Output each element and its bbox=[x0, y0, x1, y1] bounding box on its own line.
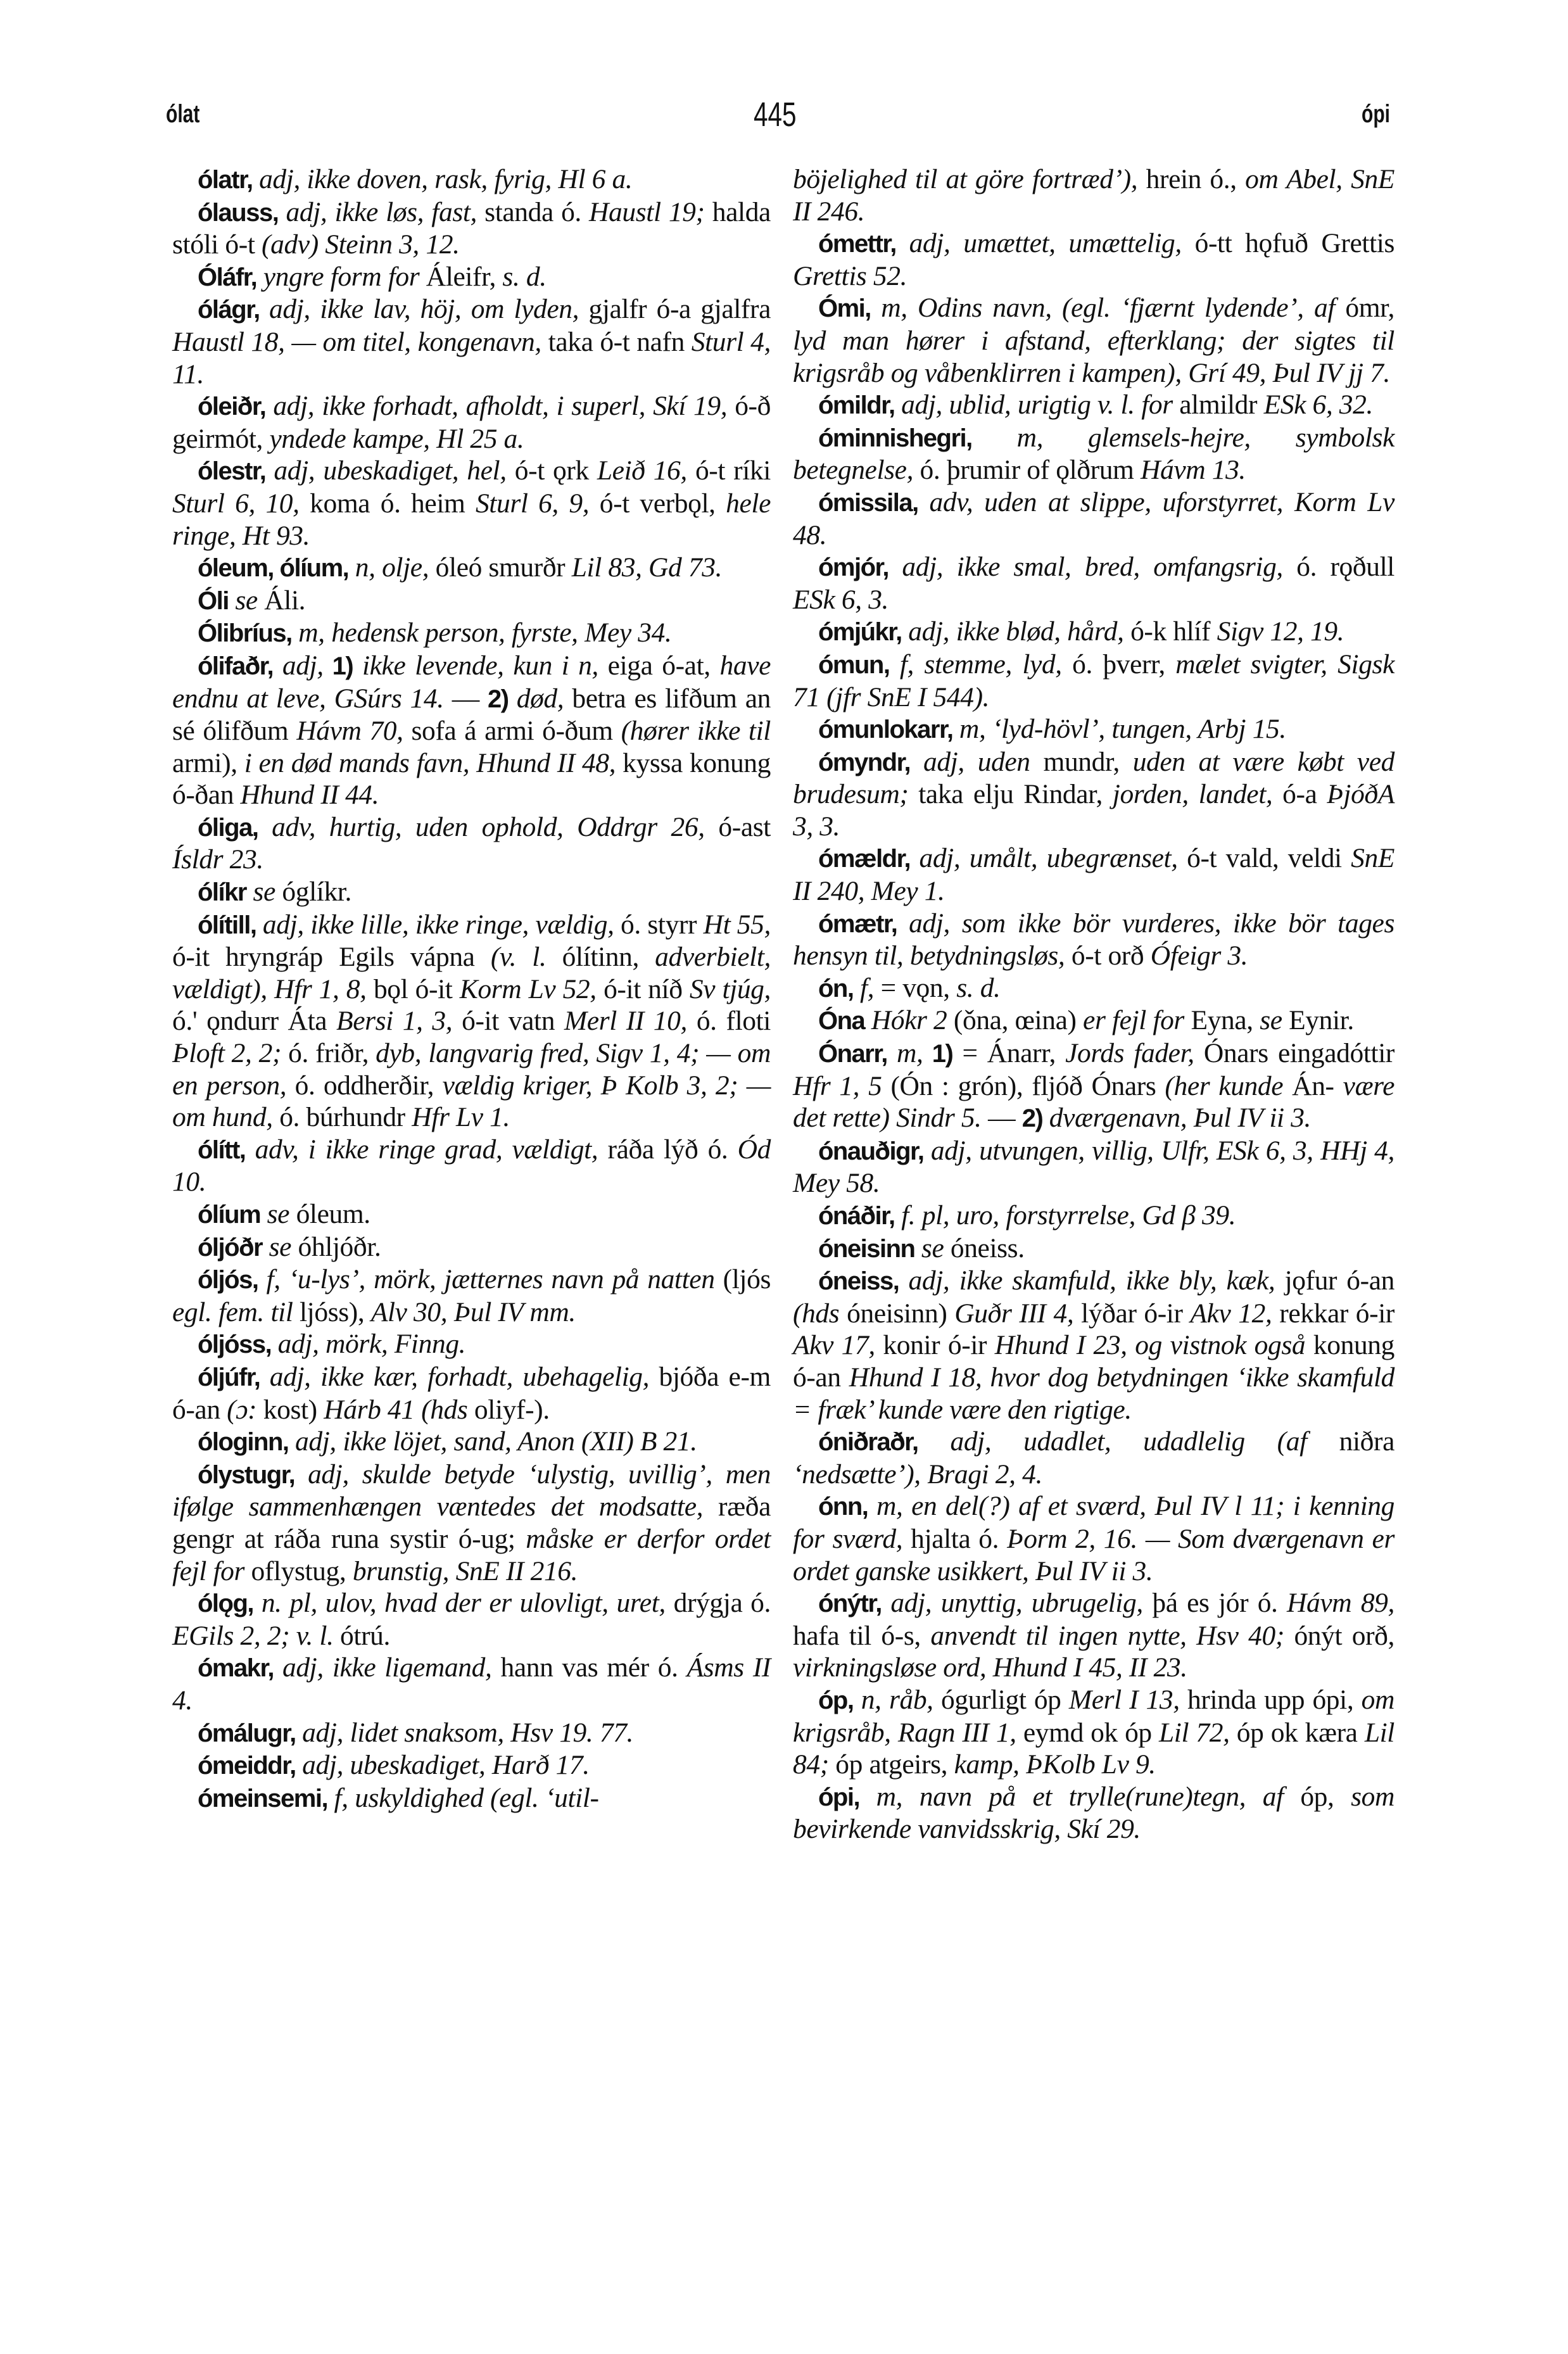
dictionary-entry: ómætr, adj, som ikke bör vurderes, ikke … bbox=[793, 908, 1394, 972]
gloss-text: Lil 72, bbox=[1159, 1718, 1230, 1748]
gloss-text: Ófeigr 3. bbox=[1151, 940, 1248, 971]
dictionary-entry: ómálugr, adj, lidet snaksom, Hsv 19. 77. bbox=[172, 1717, 771, 1750]
citation-text: eiga ó-at, bbox=[598, 650, 720, 681]
headword: ómakr, bbox=[198, 1654, 274, 1682]
citation-text: armi), bbox=[172, 748, 244, 778]
headword: ónáðir, bbox=[818, 1202, 895, 1230]
gloss-text: Ht 55, bbox=[704, 909, 771, 940]
headword: 2) bbox=[488, 685, 509, 713]
gloss-text: er fejl for bbox=[1083, 1005, 1184, 1035]
dictionary-entry: ómun, f, stemme, lyd, ó. þverr, mælet sv… bbox=[793, 649, 1394, 713]
citation-text: ó-it níð bbox=[597, 974, 690, 1004]
citation-text: oflystug, bbox=[244, 1556, 353, 1586]
gloss-text: adj, mörk, Finng. bbox=[271, 1329, 465, 1359]
headword: Óli bbox=[198, 587, 229, 615]
headword: Ónarr, bbox=[818, 1040, 887, 1068]
dictionary-entry: ómyndr, adj, uden mundr, uden at være kø… bbox=[793, 746, 1394, 843]
citation-text: þá es jór ó. bbox=[1143, 1588, 1287, 1618]
headword: ólatr, bbox=[198, 166, 253, 194]
dictionary-entry: Óna Hókr 2 (ǒna, œina) er fejl for Eyna,… bbox=[793, 1004, 1394, 1037]
dictionary-page: ólat 445 ópi ólatr, adj, ikke doven, ras… bbox=[0, 0, 1568, 2354]
left-guide-word: ólat bbox=[166, 100, 199, 129]
citation-text: ó-t vald, veldi bbox=[1178, 843, 1351, 873]
right-column: böjelighed til at göre fortræd’), hrein … bbox=[793, 163, 1394, 1845]
dictionary-entry: ómjór, adj, ikke smal, bred, omfangsrig,… bbox=[793, 551, 1394, 616]
gloss-text: Sturl 6, 9, bbox=[476, 488, 589, 519]
citation-text: ó. búrhundr bbox=[273, 1102, 412, 1132]
dictionary-entry: óljúfr, adj, ikke kær, forhadt, ubehagel… bbox=[172, 1361, 771, 1426]
gloss-text: Korm Lv 52, bbox=[460, 974, 597, 1004]
citation-text: kost) bbox=[256, 1395, 324, 1425]
citation-text: óglíkr. bbox=[275, 876, 351, 907]
citation-text: ó-k hlíf bbox=[1124, 616, 1217, 647]
gloss-text: adj, ikke lav, höj, om lyden, bbox=[260, 294, 579, 324]
headword: ólíkr bbox=[198, 878, 246, 906]
dictionary-entry: ólǫg, n. pl, ulov, hvad der er ulovligt,… bbox=[172, 1587, 771, 1652]
citation-text: (ǒna, œina) bbox=[947, 1005, 1083, 1035]
headword: ólíum bbox=[198, 1201, 260, 1229]
citation-text: Áli. bbox=[258, 585, 305, 616]
citation-text: hann vas mér ó. bbox=[491, 1652, 686, 1683]
citation-text: ljóss), bbox=[293, 1297, 371, 1327]
dictionary-entry: ólatr, adj, ikke doven, rask, fyrig, Hl … bbox=[172, 163, 771, 196]
gloss-text: m, ‘lyd-hövl’, tungen, Arbj 15. bbox=[952, 714, 1286, 744]
citation-text: hjalta ó. bbox=[902, 1524, 1007, 1554]
headword: óminnishegri, bbox=[818, 424, 972, 452]
citation-text: drýgja ó. bbox=[666, 1588, 771, 1618]
gloss-text: yndede kampe, Hl 25 a. bbox=[269, 424, 524, 454]
headword: óleiðr, bbox=[198, 393, 265, 421]
gloss-text: Sigv 12, 19. bbox=[1217, 616, 1344, 647]
gloss-text: Sv tjúg, bbox=[690, 974, 771, 1004]
gloss-text: adv, hurtig, uden ophold, Oddrgr 26, bbox=[258, 812, 704, 842]
dictionary-entry: óliga, adv, hurtig, uden ophold, Oddrgr … bbox=[172, 811, 771, 876]
headword: ómeiddr, bbox=[198, 1752, 296, 1780]
citation-text: ó. friðr, bbox=[281, 1038, 376, 1068]
gloss-text: Hhund I 23, og vistnok også bbox=[995, 1330, 1306, 1360]
dictionary-entry: ólystugr, adj, skulde betyde ‘ulystig, u… bbox=[172, 1459, 771, 1587]
citation-text: óp ok kæra bbox=[1230, 1718, 1365, 1748]
gloss-text: böjelighed til at göre fortræd’), bbox=[793, 164, 1137, 194]
citation-text: ó-a bbox=[1272, 779, 1327, 809]
gloss-text: EGils 2, 2; v. l. bbox=[172, 1621, 334, 1651]
citation-text: ó-t ǫrk bbox=[507, 455, 597, 486]
gloss-text: brunstig, SnE II 216. bbox=[353, 1556, 578, 1586]
gloss-text: Hávm 89, bbox=[1287, 1588, 1394, 1618]
citation-text: óneisinn) bbox=[839, 1298, 954, 1329]
headword: ómjór, bbox=[818, 554, 888, 581]
dictionary-entry: ólauss, adj, ikke løs, fast, standa ó. H… bbox=[172, 196, 771, 261]
gloss-text: m, hedensk person, fyrste, Mey 34. bbox=[292, 617, 672, 648]
citation-text: (ljós bbox=[715, 1264, 771, 1294]
dictionary-entry: ólítt, adv, i ikke ringe grad, vældigt, … bbox=[172, 1134, 771, 1198]
dictionary-entry: Ómi, m, Odins navn, (egl. ‘fjærnt lydend… bbox=[793, 292, 1394, 389]
gloss-text: f, bbox=[853, 973, 874, 1003]
citation-text: ó-tt hǫfuð Grettis bbox=[1182, 228, 1394, 258]
gloss-text: Hfr 1, 5 bbox=[793, 1071, 882, 1101]
gloss-text: adj, ikke ligemand, bbox=[274, 1652, 492, 1683]
citation-text: (Ón : grón), fljóð Ónars bbox=[882, 1071, 1165, 1101]
gloss-text: (adv) Steinn 3, 12. bbox=[262, 229, 460, 260]
gloss-text: Bersi 1, 3, bbox=[336, 1006, 452, 1036]
gloss-text: ‘nedsætte’), Bragi 2, 4. bbox=[793, 1459, 1042, 1490]
citation-text: ráða lýð ó. bbox=[598, 1134, 737, 1165]
gloss-text: adj, lidet snaksom, Hsv 19. 77. bbox=[296, 1718, 633, 1748]
citation-text: ó. þverr, bbox=[1062, 649, 1176, 680]
dictionary-entry: Óli se Áli. bbox=[172, 585, 771, 617]
gloss-text: Hávm 70, bbox=[296, 716, 403, 746]
dictionary-entry: óljóss, adj, mörk, Finng. bbox=[172, 1328, 771, 1361]
gloss-text: m, Odins navn, (egl. ‘fjærnt lydende’, a… bbox=[871, 293, 1335, 323]
gloss-text: adj, ikke löjet, sand, Anon (XII) B 21. bbox=[289, 1426, 697, 1457]
headword: ómun, bbox=[818, 651, 889, 679]
citation-text: ó. þrumir of ǫlðrum bbox=[913, 455, 1141, 485]
citation-text: Ónars eingadóttir bbox=[1194, 1038, 1394, 1068]
dictionary-entry: ópi, m, navn på et trylle(rune)tegn, af … bbox=[793, 1781, 1394, 1845]
citation-text: Eyna, bbox=[1184, 1005, 1260, 1035]
gloss-text: adj, ubeskadiget, hel, bbox=[265, 455, 506, 486]
gloss-text: død, bbox=[509, 683, 564, 714]
headword: óljóss, bbox=[198, 1331, 271, 1358]
dictionary-entry: óneisinn se óneiss. bbox=[793, 1232, 1394, 1265]
headword: ómyndr, bbox=[818, 749, 910, 776]
headword: ólágr, bbox=[198, 296, 260, 324]
citation-text: ó. styrr bbox=[614, 909, 704, 940]
gloss-text: f, stemme, lyd, bbox=[889, 649, 1061, 680]
citation-text: niðra bbox=[1307, 1426, 1394, 1457]
dictionary-entry: óljóðr se óhljóðr. bbox=[172, 1231, 771, 1264]
gloss-text: egl. fem. til bbox=[172, 1297, 293, 1327]
citation-text: rekkar ó-ir bbox=[1272, 1298, 1394, 1329]
dictionary-entry: óloginn, adj, ikke löjet, sand, Anon (XI… bbox=[172, 1426, 771, 1459]
gloss-text: Alv 30, Þul IV mm. bbox=[371, 1297, 576, 1327]
gloss-text: Lil 83, Gd 73. bbox=[572, 552, 722, 583]
citation-text: ó. oddherðir, bbox=[286, 1070, 442, 1101]
headword: Óna bbox=[818, 1007, 864, 1035]
gloss-text: f, uskyldighed (egl. ‘util- bbox=[327, 1783, 599, 1813]
gloss-text: Merl I 13, bbox=[1069, 1685, 1180, 1715]
citation-text: ótrú. bbox=[334, 1621, 390, 1651]
gloss-text: adj, udadlet, udadlelig (af bbox=[918, 1426, 1307, 1457]
dictionary-entry: óneiss, adj, ikke skamfuld, ikke bly, kæ… bbox=[793, 1265, 1394, 1426]
dictionary-entry: ómakr, adj, ikke ligemand, hann vas mér … bbox=[172, 1652, 771, 1716]
gloss-text: se bbox=[262, 1232, 291, 1262]
gloss-text: adj, ubeskadiget, Harð 17. bbox=[296, 1750, 590, 1780]
gloss-text: Hárb 41 (hds bbox=[324, 1395, 467, 1425]
gloss-text: Guðr III 4, bbox=[954, 1298, 1073, 1329]
gloss-text: Hókr 2 bbox=[864, 1005, 947, 1035]
citation-text: sofa á armi ó-ðum bbox=[403, 716, 621, 746]
citation-text: — bbox=[444, 683, 488, 714]
gloss-text: adj, ikke lille, ikke ringe, vældig, bbox=[256, 909, 614, 940]
dictionary-entry: ómældr, adj, umålt, ubegrænset, ó-t vald… bbox=[793, 842, 1394, 907]
gloss-text: (her kunde bbox=[1165, 1071, 1283, 1101]
headword: ónýtr, bbox=[818, 1590, 882, 1617]
dictionary-entry: ónáðir, f. pl, uro, forstyrrelse, Gd β 3… bbox=[793, 1199, 1394, 1232]
dictionary-entry: Ólibríus, m, hedensk person, fyrste, Mey… bbox=[172, 617, 771, 650]
dictionary-entry: ón, f, = vǫn, s. d. bbox=[793, 972, 1394, 1005]
headword: Óláfr, bbox=[198, 263, 256, 291]
citation-text: jǫfur ó-an bbox=[1275, 1265, 1394, 1296]
gloss-text: (hører ikke til bbox=[621, 716, 771, 746]
dictionary-entry: ólágr, adj, ikke lav, höj, om lyden, gja… bbox=[172, 293, 771, 390]
citation-text: ó-it vatn bbox=[452, 1006, 564, 1036]
gloss-text: Þloft 2, 2; bbox=[172, 1038, 281, 1068]
page-number: 445 bbox=[754, 95, 797, 134]
citation-text: taka elju Rindar, bbox=[908, 779, 1112, 809]
left-column: ólatr, adj, ikke doven, rask, fyrig, Hl … bbox=[172, 163, 771, 1814]
dictionary-entry: óleiðr, adj, ikke forhadt, afholdt, i su… bbox=[172, 390, 771, 455]
gloss-text: Akv 17, bbox=[793, 1330, 875, 1360]
headword: óneiss, bbox=[818, 1267, 899, 1295]
headword: ómjúkr, bbox=[818, 618, 902, 646]
headword: ómálugr, bbox=[198, 1719, 296, 1747]
gloss-text: Akv 12, bbox=[1190, 1298, 1272, 1329]
gloss-text: f. pl, uro, forstyrrelse, Gd β 39. bbox=[895, 1200, 1236, 1231]
headword: óp, bbox=[818, 1686, 853, 1714]
gloss-text: se bbox=[260, 1199, 289, 1229]
headword: ólauss, bbox=[198, 199, 278, 227]
dictionary-entry: ólíkr se óglíkr. bbox=[172, 876, 771, 909]
gloss-text: n. pl, ulov, hvad der er ulovligt, uret, bbox=[253, 1588, 666, 1618]
citation-text: ó. floti bbox=[687, 1006, 771, 1036]
gloss-text: s. d. bbox=[956, 973, 1000, 1003]
gloss-text: Hávm 13. bbox=[1141, 455, 1246, 485]
gloss-text: adj, ikke skamfuld, ikke bly, kæk, bbox=[899, 1265, 1275, 1296]
dictionary-entry: óljós, f, ‘u-lys’, mörk, jætternes navn … bbox=[172, 1263, 771, 1328]
headword: ómeinsemi, bbox=[198, 1785, 327, 1813]
citation-text: hafa til ó-s, bbox=[793, 1621, 930, 1651]
gloss-text: (v. l. bbox=[491, 942, 547, 972]
citation-text: óleum. bbox=[289, 1199, 370, 1229]
citation-text: bǫl ó-it bbox=[367, 974, 460, 1004]
citation-text: óleó smurðr bbox=[429, 552, 572, 583]
dictionary-entry: ólítill, adj, ikke lille, ikke ringe, væ… bbox=[172, 909, 771, 1134]
citation-text: eymd ok óp bbox=[1016, 1718, 1159, 1748]
right-guide-word: ópi bbox=[1362, 100, 1390, 129]
headword: ólystugr, bbox=[198, 1461, 294, 1489]
dictionary-entry: Óláfr, yngre form for Áleifr, s. d. bbox=[172, 261, 771, 294]
gloss-text: (hds bbox=[793, 1298, 839, 1329]
citation-text: — bbox=[982, 1103, 1022, 1133]
gloss-text: f, ‘u-lys’, mörk, jætternes navn på natt… bbox=[258, 1264, 714, 1294]
citation-text: Áleifr, bbox=[419, 262, 502, 292]
dictionary-entry: ónn, m, en del(?) af et sværd, Þul IV l … bbox=[793, 1490, 1394, 1587]
dictionary-entry: óminnishegri, m, glemsels-hejre, symbols… bbox=[793, 422, 1394, 486]
headword: ón, bbox=[818, 975, 853, 1003]
running-head: ólat 445 ópi bbox=[0, 95, 1568, 146]
gloss-text: Hhund II 44. bbox=[241, 780, 379, 810]
dictionary-entry: ómissila, adv, uden at slippe, uforstyrr… bbox=[793, 486, 1394, 551]
dictionary-entry: ómeinsemi, f, uskyldighed (egl. ‘util- bbox=[172, 1782, 771, 1815]
gloss-text: s. d. bbox=[502, 262, 546, 292]
headword: ónauðigr, bbox=[818, 1137, 924, 1165]
headword: ónn, bbox=[818, 1493, 868, 1521]
gloss-text: adj, uden bbox=[910, 747, 1030, 777]
gloss-text: se bbox=[1260, 1005, 1282, 1035]
gloss-text: Jords fader, bbox=[1065, 1038, 1194, 1068]
headword: ómætr, bbox=[818, 910, 897, 938]
gloss-text: kamp, ÞKolb Lv 9. bbox=[954, 1749, 1156, 1780]
headword: ópi, bbox=[818, 1783, 859, 1811]
headword: ómildr, bbox=[818, 391, 895, 419]
gloss-text: n, råb, bbox=[853, 1685, 933, 1715]
citation-text: hrinda upp ópi, bbox=[1180, 1685, 1362, 1715]
dictionary-entry: ónýtr, adj, unyttig, ubrugelig, þá es jó… bbox=[793, 1587, 1394, 1684]
citation-text: ógurligt óp bbox=[933, 1685, 1069, 1715]
citation-text: óneiss. bbox=[944, 1233, 1024, 1263]
dictionary-entry: ónauðigr, adj, utvungen, villig, Ulfr, E… bbox=[793, 1135, 1394, 1199]
dictionary-entry: ómildr, adj, ublid, urigtig v. l. for al… bbox=[793, 389, 1394, 422]
headword: óneisinn bbox=[818, 1235, 914, 1263]
gloss-text: Sturl 6, 10, bbox=[172, 488, 300, 519]
dictionary-entry: ómjúkr, adj, ikke blød, hård, ó-k hlíf S… bbox=[793, 616, 1394, 649]
headword: ómissila, bbox=[818, 489, 918, 517]
headword: ómældr, bbox=[818, 845, 910, 873]
gloss-text: adj, ikke løs, fast, bbox=[278, 197, 477, 227]
citation-text: konir ó-ir bbox=[875, 1330, 995, 1360]
gloss-text: Haustl 18, — om titel, kongenavn, bbox=[172, 327, 541, 357]
headword: óleum, ólíum, bbox=[198, 554, 348, 582]
headword: 2) bbox=[1022, 1104, 1043, 1132]
gloss-text: ESk 6, 3. bbox=[793, 585, 888, 615]
citation-text: ómr, bbox=[1335, 293, 1394, 323]
gloss-text: adv, i ikke ringe grad, vældigt, bbox=[245, 1134, 598, 1165]
dictionary-entry: ólíum se óleum. bbox=[172, 1198, 771, 1231]
gloss-text: Ísldr 23. bbox=[172, 844, 263, 875]
gloss-text: adj, bbox=[273, 650, 324, 681]
gloss-text: ESk 6, 32. bbox=[1264, 389, 1373, 420]
gloss-text: Grettis 52. bbox=[793, 261, 907, 291]
gloss-text: i en død mands favn, Hhund II 48, bbox=[244, 748, 616, 778]
gloss-text: se bbox=[246, 876, 275, 907]
dictionary-entry: Ónarr, m, 1) = Ánarr, Jords fader, Ónars… bbox=[793, 1037, 1394, 1135]
citation-text: ólítinn, bbox=[546, 942, 655, 972]
citation-text: hrein ó., bbox=[1137, 164, 1245, 194]
dictionary-entry: ólestr, adj, ubeskadiget, hel, ó-t ǫrk L… bbox=[172, 455, 771, 552]
dictionary-entry: óleum, ólíum, n, olje, óleó smurðr Lil 8… bbox=[172, 552, 771, 585]
citation-text: ó-t verbǫl, bbox=[589, 488, 726, 519]
citation-text: ó-it hryngráp Egils vápna bbox=[172, 942, 491, 972]
gloss-text: adj, ikke forhadt, afholdt, i superl, Sk… bbox=[265, 391, 727, 421]
citation-text: óp atgeirs, bbox=[829, 1749, 954, 1780]
gloss-text: anvendt til ingen nytte, Hsv 40; bbox=[930, 1621, 1284, 1651]
citation-text: = vǫn, bbox=[874, 973, 956, 1003]
headword: ómunlokarr, bbox=[818, 716, 952, 744]
citation-text: almildr bbox=[1173, 389, 1264, 420]
headword: óljúfr, bbox=[198, 1364, 260, 1391]
gloss-text: n, olje, bbox=[348, 552, 429, 583]
headword: óloginn, bbox=[198, 1428, 289, 1456]
citation-text: ónýt orð, bbox=[1284, 1621, 1394, 1651]
headword: óljós, bbox=[198, 1266, 258, 1294]
dictionary-entry: óp, n, råb, ógurligt óp Merl I 13, hrind… bbox=[793, 1684, 1394, 1781]
citation-text: = Ánarr, bbox=[952, 1038, 1065, 1068]
dictionary-entry: böjelighed til at göre fortræd’), hrein … bbox=[793, 163, 1394, 227]
citation-text: koma ó. heim bbox=[300, 488, 476, 519]
headword: 1) bbox=[923, 1040, 952, 1068]
gloss-text: adj, ikke doven, rask, fyrig, Hl 6 a. bbox=[253, 164, 633, 194]
gloss-text: Leið 16, bbox=[597, 455, 687, 486]
headword: óniðraðr, bbox=[818, 1428, 918, 1456]
gloss-text: Merl II 10, bbox=[564, 1006, 687, 1036]
citation-text: óhljóðr. bbox=[291, 1232, 381, 1262]
citation-text: lýðar ó-ir bbox=[1073, 1298, 1190, 1329]
gloss-text: adj, ikke smal, bred, omfangsrig, bbox=[888, 552, 1283, 582]
citation-text: gjalfr ó-a gjalfra bbox=[579, 294, 771, 324]
gloss-text: Hhund I 18, hvor dog betydningen ‘ikke s… bbox=[793, 1362, 1394, 1425]
headword: ólítt, bbox=[198, 1136, 245, 1164]
headword: ólítill, bbox=[198, 911, 256, 939]
gloss-text: (ɔ: bbox=[227, 1395, 256, 1425]
gloss-text: adj, ublid, urigtig v. l. for bbox=[895, 389, 1173, 420]
dictionary-entry: ómeiddr, adj, ubeskadiget, Harð 17. bbox=[172, 1749, 771, 1782]
citation-text: Eynir. bbox=[1282, 1005, 1354, 1035]
dictionary-entry: ómunlokarr, m, ‘lyd-hövl’, tungen, Arbj … bbox=[793, 713, 1394, 746]
gloss-text: adj, ikke kær, forhadt, ubehagelig, bbox=[260, 1362, 649, 1392]
gloss-text: ikke levende, kun i n, bbox=[353, 650, 598, 681]
headword: ólifaðr, bbox=[198, 652, 273, 680]
citation-text: oliyf-). bbox=[467, 1395, 549, 1425]
dictionary-entry: óniðraðr, adj, udadlet, udadlelig (af ni… bbox=[793, 1426, 1394, 1490]
gloss-text: lyd man hører i afstand, efterklang; der… bbox=[793, 326, 1394, 388]
headword: 1) bbox=[324, 652, 353, 680]
headword: óljóðr bbox=[198, 1234, 262, 1262]
dictionary-entry: ómettr, adj, umættet, umættelig, ó-tt hǫ… bbox=[793, 227, 1394, 292]
gloss-text: yngre form for bbox=[256, 262, 419, 292]
citation-text: ó-t ríki bbox=[687, 455, 771, 486]
gloss-text: adj, umættet, umættelig, bbox=[896, 228, 1182, 258]
gloss-text: se bbox=[229, 585, 258, 616]
gloss-text: adj, unyttig, ubrugelig, bbox=[882, 1588, 1143, 1618]
citation-text: óp, bbox=[1284, 1781, 1351, 1812]
gloss-text: Hfr Lv 1. bbox=[412, 1102, 510, 1132]
headword: ólestr, bbox=[198, 457, 265, 485]
headword: ómettr, bbox=[818, 230, 896, 258]
gloss-text: jorden, landet, bbox=[1113, 779, 1273, 809]
gloss-text: adj, umålt, ubegrænset, bbox=[910, 843, 1178, 873]
citation-text: ó-t orð bbox=[1065, 940, 1150, 971]
citation-text: Án- bbox=[1283, 1071, 1343, 1101]
gloss-text: dværgenavn, Þul IV ii 3. bbox=[1042, 1103, 1311, 1133]
citation-text: ó.' ǫndurr Áta bbox=[172, 1006, 336, 1036]
citation-text: taka ó-t nafn bbox=[541, 327, 692, 357]
gloss-text: Haustl 19; bbox=[589, 197, 705, 227]
citation-text: ó. rǫðull bbox=[1283, 552, 1394, 582]
gloss-text: m, bbox=[887, 1038, 923, 1068]
gloss-text: adj, ikke blød, hård, bbox=[902, 616, 1124, 647]
gloss-text: virkningsløse ord, Hhund I 45, II 23. bbox=[793, 1652, 1187, 1683]
headword: Ómi, bbox=[818, 294, 871, 322]
citation-text: standa ó. bbox=[477, 197, 589, 227]
headword: óliga, bbox=[198, 814, 258, 842]
gloss-text: m, navn på et trylle(rune)tegn, af bbox=[859, 1781, 1284, 1812]
gloss-text: se bbox=[914, 1233, 944, 1263]
headword: ólǫg, bbox=[198, 1590, 253, 1617]
headword: Ólibríus, bbox=[198, 619, 292, 647]
citation-text: ó-ast bbox=[705, 812, 771, 842]
citation-text: mundr, bbox=[1030, 747, 1133, 777]
dictionary-entry: ólifaðr, adj, 1) ikke levende, kun i n, … bbox=[172, 650, 771, 811]
